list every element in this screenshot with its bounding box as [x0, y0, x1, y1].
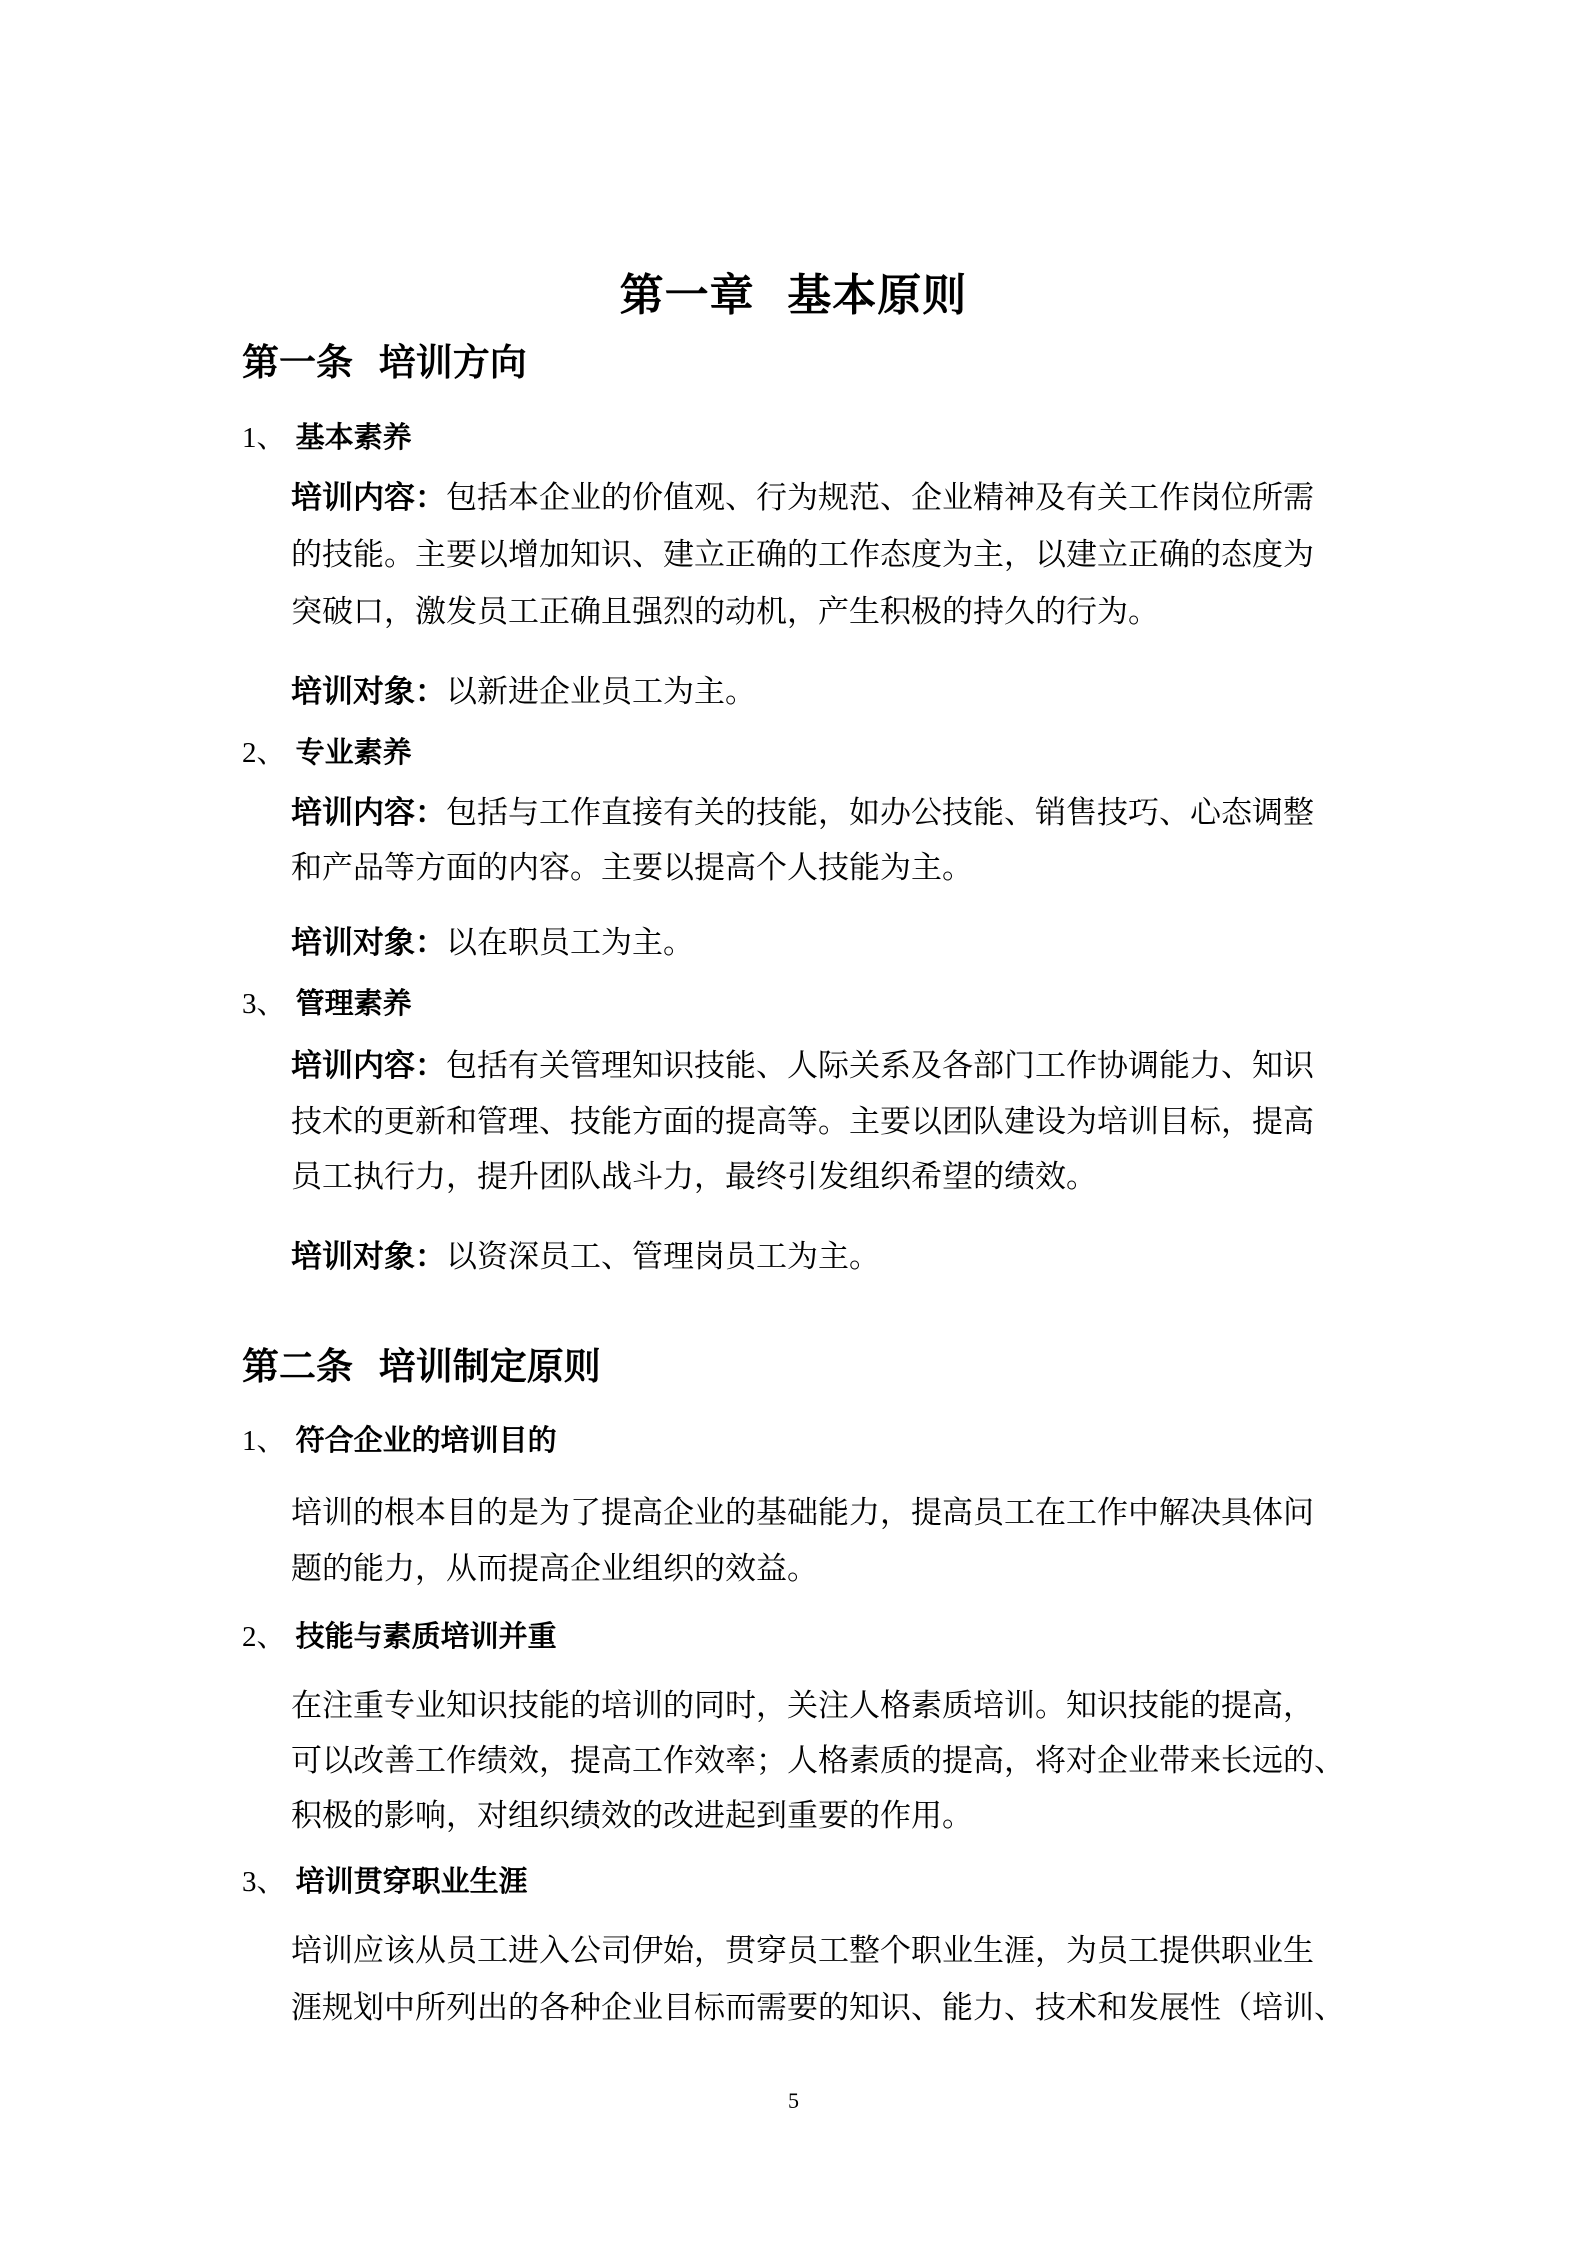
item-heading: 3、 管理素养: [242, 984, 412, 1023]
paragraph-line: 在注重专业知识技能的培训的同时，关注人格素质培训。知识技能的提高，: [291, 1686, 1314, 1726]
target-label: 培训对象：: [291, 674, 446, 710]
item-number: 2、: [242, 737, 286, 769]
target-text: 以资深员工、管理岗员工为主。: [446, 1239, 880, 1275]
article-title: 第一条 培训方向: [242, 340, 527, 386]
item-number: 2、: [242, 1621, 286, 1653]
item-number: 1、: [242, 422, 286, 454]
item-heading: 2、 技能与素质培训并重: [242, 1617, 557, 1656]
paragraph-line: 培训内容：包括有关管理知识技能、人际关系及各部门工作协调能力、知识: [291, 1046, 1314, 1086]
page-number: 5: [0, 2088, 1587, 2114]
item-title: 管理素养: [286, 986, 412, 1020]
item-number: 3、: [242, 988, 286, 1020]
item-title: 培训贯穿职业生涯: [286, 1864, 528, 1898]
paragraph-line: 培训内容：包括与工作直接有关的技能，如办公技能、销售技巧、心态调整: [291, 793, 1314, 833]
paragraph-line: 培训应该从员工进入公司伊始，贯穿员工整个职业生涯，为员工提供职业生: [291, 1931, 1314, 1971]
content-label: 培训内容：: [291, 1048, 446, 1084]
document-page: 第一章 基本原则 第一条 培训方向 1、 基本素养 培训内容：包括本企业的价值观…: [0, 0, 1587, 2245]
paragraph-line: 可以改善工作绩效，提高工作效率；人格素质的提高，将对企业带来长远的、: [291, 1741, 1345, 1781]
paragraph-line: 技术的更新和管理、技能方面的提高等。主要以团队建设为培训目标，提高: [291, 1102, 1314, 1142]
item-title: 基本素养: [286, 420, 412, 454]
paragraph-line: 和产品等方面的内容。主要以提高个人技能为主。: [291, 848, 973, 888]
item-number: 3、: [242, 1866, 286, 1898]
item-title: 符合企业的培训目的: [286, 1423, 557, 1457]
item-heading: 1、 符合企业的培训目的: [242, 1421, 557, 1460]
item-heading: 2、 专业素养: [242, 733, 412, 772]
content-label: 培训内容：: [291, 480, 446, 516]
target-text: 以新进企业员工为主。: [446, 674, 756, 710]
paragraph-line: 培训对象：以新进企业员工为主。: [291, 672, 756, 712]
paragraph-line: 积极的影响，对组织绩效的改进起到重要的作用。: [291, 1796, 973, 1836]
content-label: 培训内容：: [291, 795, 446, 831]
content-text: 包括本企业的价值观、行为规范、企业精神及有关工作岗位所需: [446, 480, 1314, 516]
paragraph-line: 涯规划中所列出的各种企业目标而需要的知识、能力、技术和发展性（培训、: [291, 1988, 1345, 2028]
article-title: 第二条 培训制定原则: [242, 1344, 601, 1390]
item-title: 技能与素质培训并重: [286, 1619, 557, 1653]
target-label: 培训对象：: [291, 925, 446, 961]
chapter-title: 第一章 基本原则: [0, 268, 1587, 324]
paragraph-line: 培训对象：以资深员工、管理岗员工为主。: [291, 1237, 880, 1277]
target-label: 培训对象：: [291, 1239, 446, 1275]
target-text: 以在职员工为主。: [446, 925, 694, 961]
item-title: 专业素养: [286, 735, 412, 769]
paragraph-line: 培训内容：包括本企业的价值观、行为规范、企业精神及有关工作岗位所需: [291, 478, 1314, 518]
content-text: 包括与工作直接有关的技能，如办公技能、销售技巧、心态调整: [446, 795, 1314, 831]
item-heading: 3、 培训贯穿职业生涯: [242, 1862, 528, 1901]
paragraph-line: 员工执行力，提升团队战斗力，最终引发组织希望的绩效。: [291, 1157, 1097, 1197]
content-text: 包括有关管理知识技能、人际关系及各部门工作协调能力、知识: [446, 1048, 1314, 1084]
paragraph-line: 的技能。主要以增加知识、建立正确的工作态度为主，以建立正确的态度为: [291, 535, 1314, 575]
item-heading: 1、 基本素养: [242, 418, 412, 457]
paragraph-line: 题的能力，从而提高企业组织的效益。: [291, 1549, 818, 1589]
paragraph-line: 培训的根本目的是为了提高企业的基础能力，提高员工在工作中解决具体问: [291, 1493, 1314, 1533]
paragraph-line: 培训对象：以在职员工为主。: [291, 923, 694, 963]
paragraph-line: 突破口，激发员工正确且强烈的动机，产生积极的持久的行为。: [291, 592, 1159, 632]
item-number: 1、: [242, 1425, 286, 1457]
